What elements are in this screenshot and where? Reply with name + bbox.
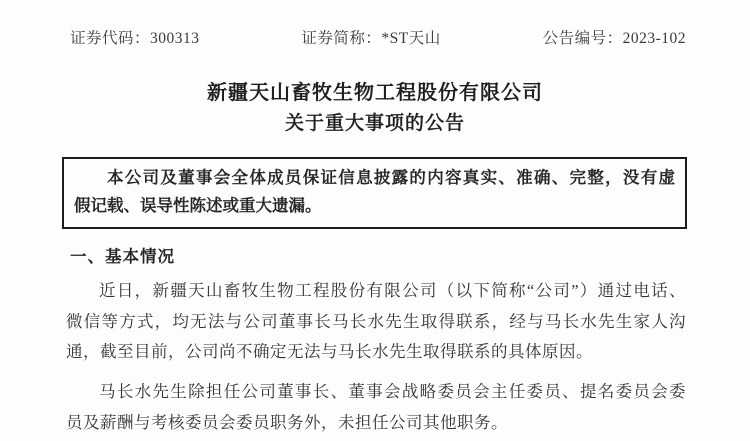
company-name-title: 新疆天山畜牧生物工程股份有限公司 xyxy=(0,78,750,108)
paragraph-2: 马长水先生除担任公司董事长、董事会战略委员会主任委员、提名委员会委 员及薪酬与考… xyxy=(66,377,686,438)
announcement-document: 证券代码：300313 证券简称：*ST天山 公告编号：2023-102 新疆天… xyxy=(0,0,750,441)
document-header: 证券代码：300313 证券简称：*ST天山 公告编号：2023-102 xyxy=(70,26,686,48)
paragraph-2-line-2: 员及薪酬与考核委员会委员职务外，未担任公司其他职务。 xyxy=(66,408,686,439)
document-title: 新疆天山畜牧生物工程股份有限公司 关于重大事项的公告 xyxy=(0,78,750,139)
announcement-subject-title: 关于重大事项的公告 xyxy=(0,108,750,139)
disclaimer-line-2: 假记载、误导性陈述或重大遗漏。 xyxy=(74,192,675,220)
paragraph-1-line-3: 通，截至目前，公司尚不确定无法与马长水先生取得联系的具体原因。 xyxy=(66,337,686,368)
stock-code: 证券代码：300313 xyxy=(70,26,200,48)
paragraph-2-line-1: 马长水先生除担任公司董事长、董事会战略委员会主任委员、提名委员会委 xyxy=(66,377,686,408)
announcement-number: 公告编号：2023-102 xyxy=(543,26,686,48)
paragraph-1-line-1: 近日，新疆天山畜牧生物工程股份有限公司（以下简称“公司”）通过电话、 xyxy=(66,276,686,307)
section-heading-basic-info: 一、基本情况 xyxy=(70,243,175,267)
disclaimer-box: 本公司及董事会全体成员保证信息披露的内容真实、准确、完整，没有虚 假记载、误导性… xyxy=(62,157,687,229)
disclaimer-line-1: 本公司及董事会全体成员保证信息披露的内容真实、准确、完整，没有虚 xyxy=(74,164,675,192)
paragraph-1-line-2: 微信等方式，均无法与公司董事长马长水先生取得联系，经与马长水先生家人沟 xyxy=(66,307,686,338)
stock-abbr: 证券简称：*ST天山 xyxy=(301,26,440,48)
paragraph-1: 近日，新疆天山畜牧生物工程股份有限公司（以下简称“公司”）通过电话、 微信等方式… xyxy=(66,276,686,368)
